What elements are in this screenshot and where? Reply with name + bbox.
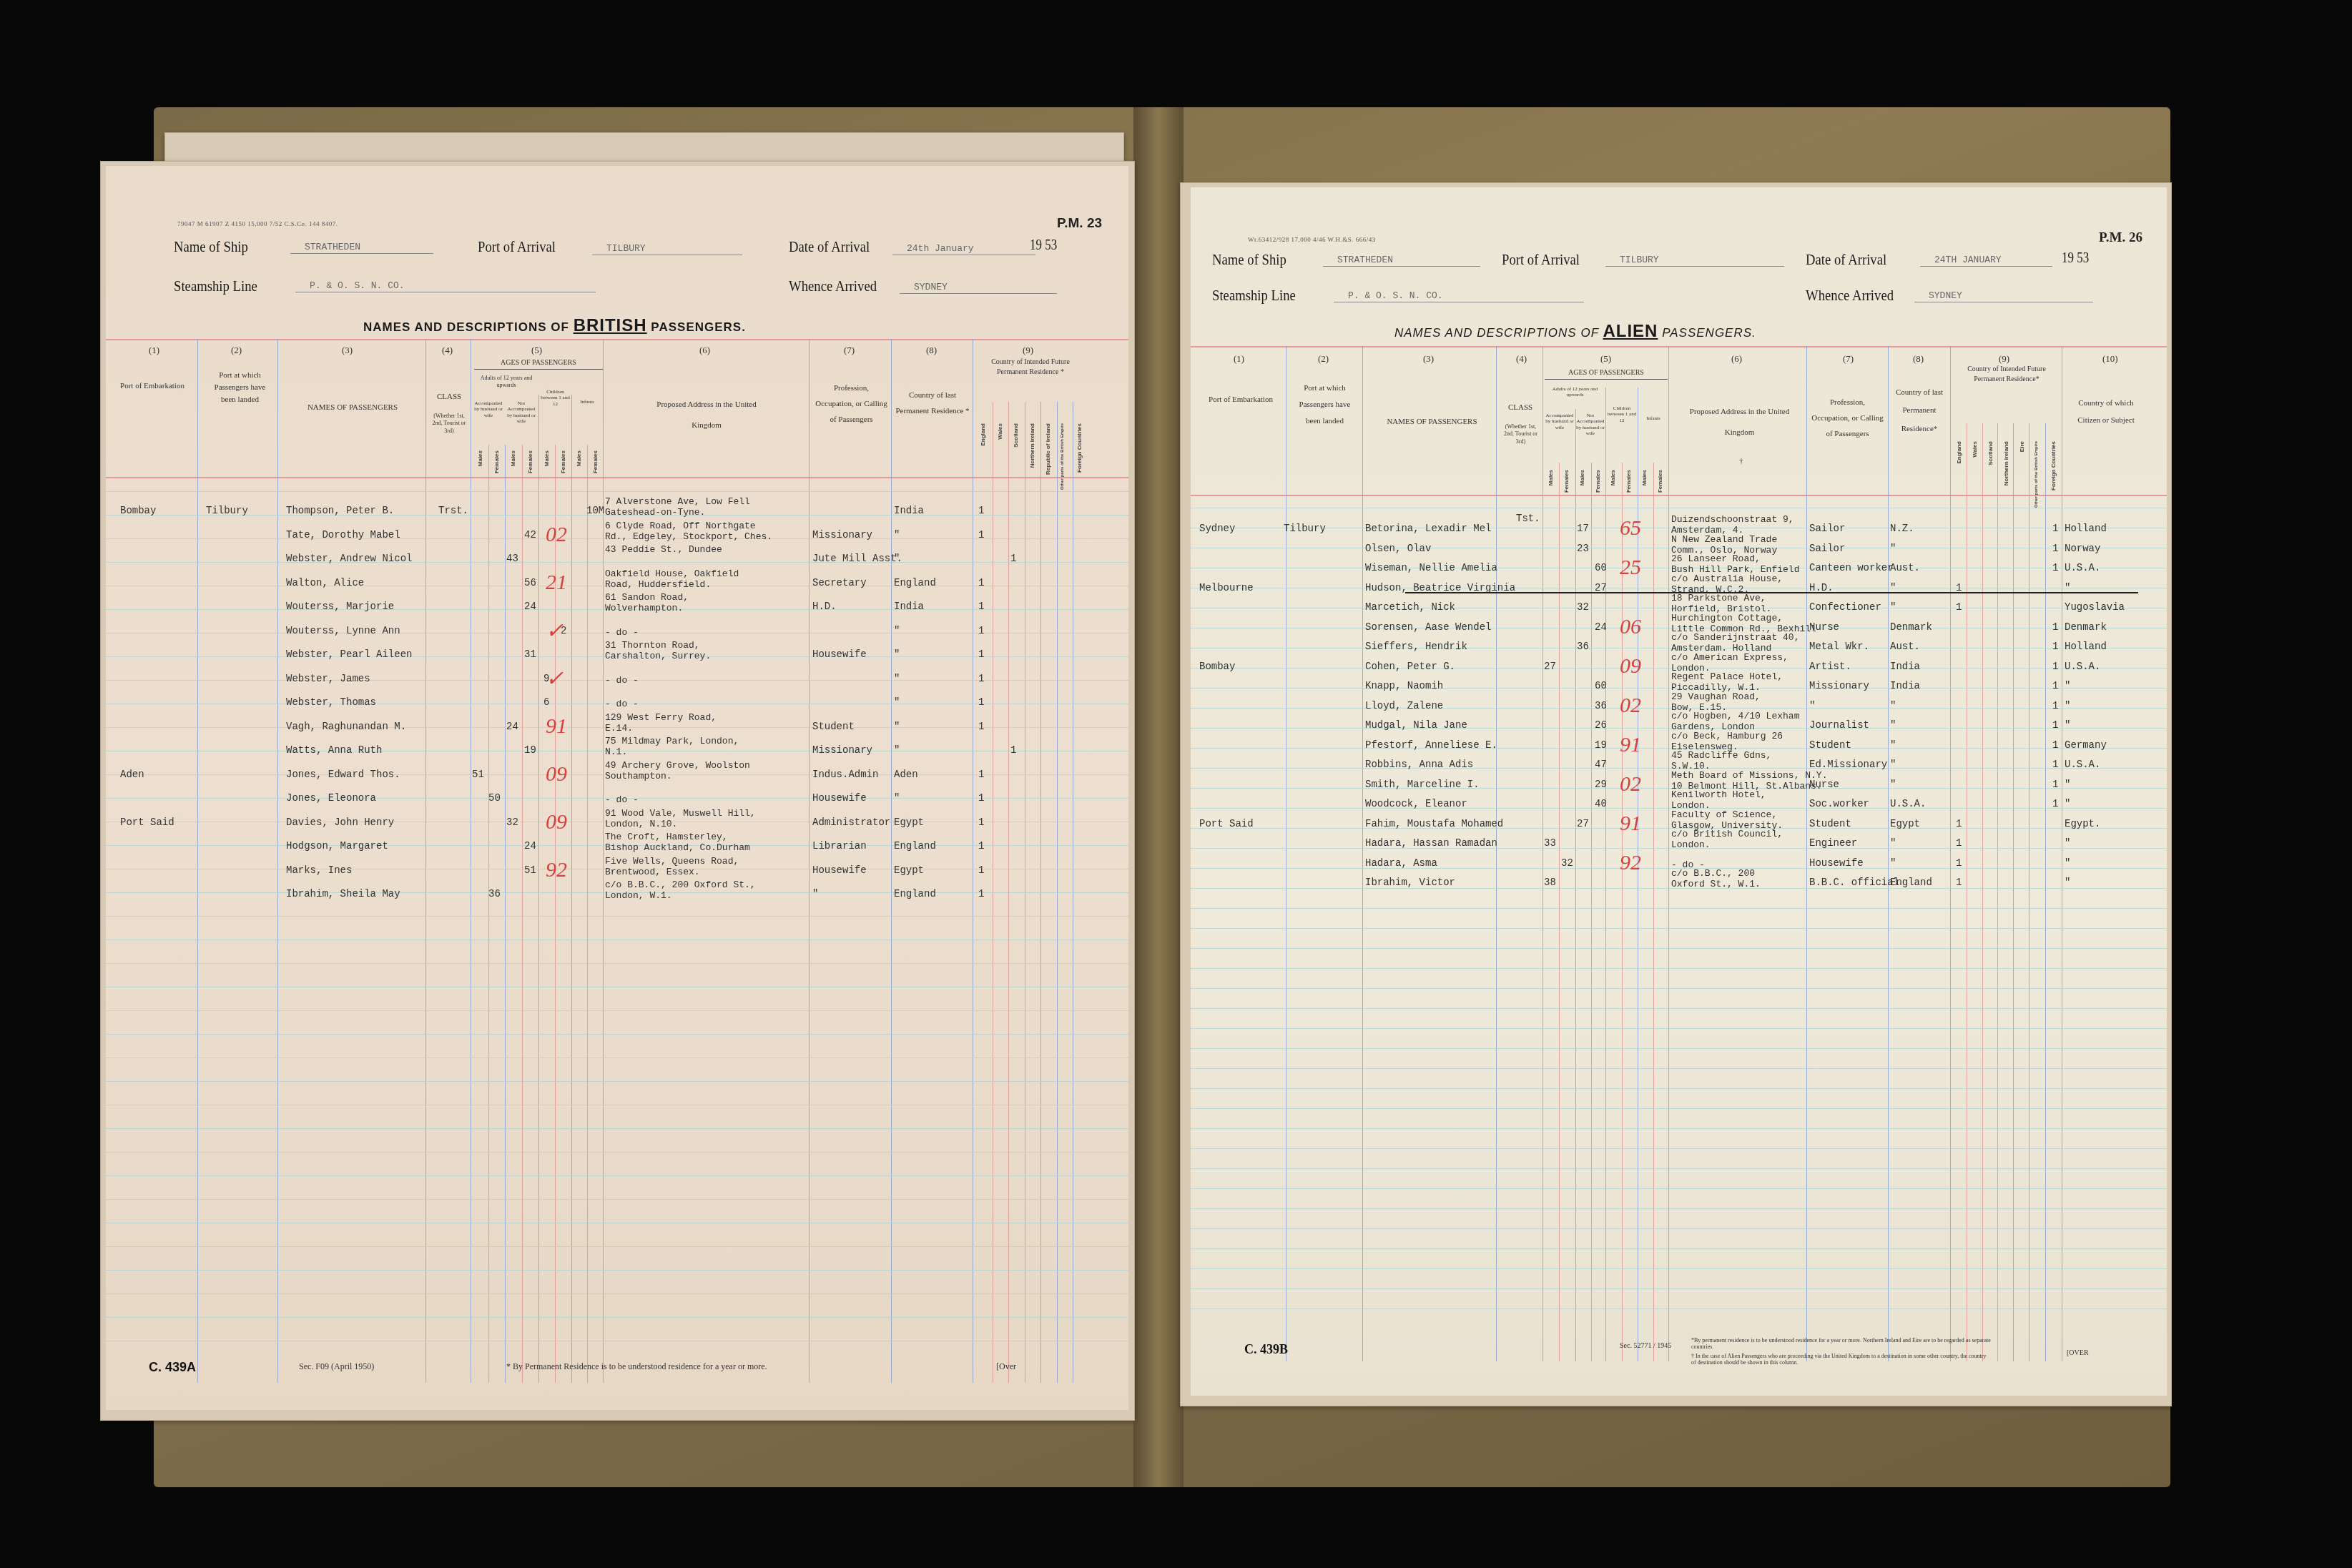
col4-number: (4): [1516, 353, 1527, 365]
age: 27: [1577, 819, 1589, 830]
passenger-row: Ibrahim, Victor38c/o B.B.C., 200Oxford S…: [1191, 877, 2167, 899]
sex-label: Females: [1657, 470, 1663, 493]
occupation: H.D.: [1809, 583, 1834, 594]
sex-label: Females: [1625, 470, 1632, 493]
age: 24: [1595, 622, 1607, 633]
printer-code: 79047 M 61907 Z 4150 15,000 7/52 C.S.Co.…: [177, 220, 338, 227]
ruled-line: [1191, 1028, 2167, 1029]
occupation: Secretary: [812, 578, 867, 589]
future-residence: 1: [1010, 745, 1016, 756]
citizenship: U.S.A.: [2065, 563, 2100, 574]
age: 43: [506, 553, 518, 565]
future-residence: 1: [2052, 681, 2058, 692]
address-line-1: 45 Radcliffe Gdns,: [1671, 751, 1771, 760]
occupation: Student: [1809, 740, 1851, 751]
port-of-embarkation: Port Said: [120, 817, 174, 829]
last-residence: India: [894, 601, 924, 613]
last-residence: ": [894, 793, 900, 804]
age: 6: [543, 697, 549, 709]
future-residence: 1: [978, 649, 984, 661]
address-line-2: London.: [1671, 840, 1711, 849]
ruled-line: [106, 987, 1128, 987]
address-line-1: 29 Vaughan Road,: [1671, 692, 1761, 701]
age: 23: [1577, 543, 1589, 555]
col8-header: Country of last Permanent Residence*: [1890, 384, 1949, 438]
red-annotation: 06: [1620, 615, 1641, 639]
passenger-name: Hadara, Hassan Ramadan: [1365, 838, 1497, 849]
last-residence: U.S.A.: [1890, 799, 1926, 810]
citizenship: ": [2065, 681, 2070, 692]
country-label: Other parts of the British Empire: [2034, 441, 2039, 508]
address-line-1: Kenilworth Hotel,: [1671, 790, 1766, 799]
col5-not-accompanied: Not Accompanied by husband or wife: [505, 400, 538, 425]
whence-arrived: SYDNEY: [1914, 290, 2093, 302]
address-line-2: Rd., Edgeley, Stockport, Ches.: [605, 532, 772, 541]
col7-number: (7): [1843, 353, 1854, 365]
future-residence: 1: [2052, 622, 2058, 633]
age: 10M: [586, 506, 604, 517]
address-line-2: Road, Huddersfield.: [605, 580, 711, 589]
ruled-line: [106, 1105, 1128, 1105]
future-residence: 1: [978, 865, 984, 877]
occupation: Student: [1809, 819, 1851, 830]
citizenship: Egypt.: [2065, 819, 2100, 830]
passenger-name: Smith, Marceline I.: [1365, 779, 1480, 791]
passenger-row: Hadara, Hassan Ramadan33c/o British Coun…: [1191, 838, 2167, 859]
country-label: England: [1956, 441, 1962, 464]
ruled-line: [106, 916, 1128, 917]
date-arrival-label: Date of Arrival: [1806, 250, 1886, 269]
col4-number: (4): [442, 345, 453, 356]
col10-header: Country of which Citizen or Subject: [2067, 395, 2145, 429]
last-residence: Egypt: [1890, 819, 1920, 830]
ruled-line: [1191, 1248, 2167, 1249]
future-residence: 1: [2052, 523, 2058, 535]
age: 42: [524, 530, 536, 541]
ruled-line: [1191, 1068, 2167, 1069]
passenger-name: Pfestorf, Anneliese E.: [1365, 740, 1497, 751]
port-landed: Tilbury: [1284, 523, 1326, 535]
col6-number: (6): [699, 345, 710, 356]
arrival-year: 19 53: [1030, 237, 1057, 254]
age: 56: [524, 578, 536, 589]
red-annotation: 91: [546, 714, 567, 739]
port-of-embarkation: Bombay: [120, 506, 156, 517]
passenger-name: Knapp, Naomih: [1365, 681, 1443, 692]
address-line-2: - do -: [605, 628, 639, 637]
country-label: Republic of Ireland: [1045, 423, 1051, 475]
citizenship: Germany: [2065, 740, 2107, 751]
col5-accompanied: Accompanied by husband or wife: [1544, 413, 1575, 430]
country-label: Foreign Countries: [2050, 441, 2057, 490]
sex-label: Males: [1579, 470, 1585, 485]
address-line-1: 18 Parkstone Ave,: [1671, 593, 1766, 603]
address-line-1: c/o B.B.C., 200 Oxford St.,: [605, 880, 756, 889]
sex-label: Females: [493, 450, 500, 473]
passenger-row: Webster, James9- do -"1✓: [106, 674, 1128, 695]
address-line-1: 91 Wood Vale, Muswell Hill,: [605, 809, 756, 818]
future-residence: 1: [1956, 838, 1962, 849]
ruled-line: [106, 1081, 1128, 1082]
red-annotation: 02: [546, 523, 567, 547]
age: 24: [524, 841, 536, 852]
last-residence: ": [894, 697, 900, 709]
class: Trst.: [438, 506, 468, 517]
ruled-line: [106, 1199, 1128, 1200]
col9-number: (9): [1023, 345, 1033, 356]
red-annotation: 91: [1620, 733, 1641, 757]
address-line-2: N.1.: [605, 747, 627, 756]
occupation: Canteen worker: [1809, 563, 1894, 574]
address-line-1: c/o Sanderijnstraat 40,: [1671, 633, 1799, 642]
age: 32: [506, 817, 518, 829]
occupation: Administrator: [812, 817, 890, 829]
last-residence: Denmark: [1890, 622, 1932, 633]
red-annotation: 02: [1620, 694, 1641, 718]
steamship-line: P. & O. S. N. CO.: [295, 280, 596, 292]
country-label: Northern Ireland: [2003, 441, 2009, 485]
future-residence: 1: [978, 530, 984, 541]
class: Tst.: [1516, 513, 1540, 525]
citizenship: U.S.A.: [2065, 661, 2100, 673]
future-residence: 1: [1956, 858, 1962, 869]
passenger-name: Webster, James: [286, 674, 370, 685]
ruled-line: [1191, 1288, 2167, 1289]
last-residence: England: [894, 578, 936, 589]
red-annotation: 09: [546, 810, 567, 834]
passenger-name: Vagh, Raghunandan M.: [286, 721, 406, 733]
ruled-line: [1191, 1208, 2167, 1209]
passenger-row: Ibrahim, Sheila May36c/o B.B.C., 200 Oxf…: [106, 889, 1128, 910]
header-rule-bottom: [1191, 495, 2167, 496]
citizenship: ": [2065, 877, 2070, 889]
last-residence: ": [1890, 543, 1896, 555]
citizenship: Norway: [2065, 543, 2100, 555]
sex-label: Males: [1641, 470, 1648, 485]
last-residence: ": [1890, 602, 1896, 613]
citizenship: U.S.A.: [2065, 759, 2100, 771]
header-rule-top: [1191, 346, 2167, 347]
country-label: Scotland: [1013, 423, 1019, 448]
future-residence: 1: [2052, 543, 2058, 555]
col5-children: Children between 1 and 12: [1606, 405, 1638, 423]
ruled-line: [1191, 1308, 2167, 1309]
future-residence: 1: [978, 626, 984, 637]
occupation: Nurse: [1809, 779, 1839, 791]
red-annotation: 92: [1620, 851, 1641, 875]
passenger-name: Hadara, Asma: [1365, 858, 1437, 869]
address-line-1: Oakfield House, Oakfield: [605, 569, 739, 578]
passenger-name: Lloyd, Zalene: [1365, 701, 1443, 712]
address-line-1: c/o Beck, Hamburg 26: [1671, 731, 1783, 741]
age: 19: [524, 745, 536, 756]
ruled-line: [106, 1246, 1128, 1247]
address-line-2: Brentwood, Essex.: [605, 867, 700, 877]
address-line-2: E.14.: [605, 724, 633, 733]
future-residence: 1: [2052, 641, 2058, 653]
col5-number: (5): [531, 345, 542, 356]
passenger-name: Wiseman, Nellie Amelia: [1365, 563, 1497, 574]
age: 60: [1595, 681, 1607, 692]
occupation: ": [812, 889, 818, 900]
dagger-mark: †: [1734, 455, 1748, 468]
col4-header: CLASS: [428, 391, 471, 403]
printer-code: Wt.63412/928 17,000 4/46 W.H.&S. 666/43: [1248, 236, 1376, 243]
col9-header: Country of Intended Future Permanent Res…: [1953, 365, 2060, 385]
address-line-2: London, N.10.: [605, 819, 677, 829]
last-residence: England: [894, 841, 936, 852]
occupation: Sailor: [1809, 523, 1845, 535]
citizenship: ": [2065, 838, 2070, 849]
ruled-line: [1191, 1148, 2167, 1149]
last-residence: Aden: [894, 769, 918, 781]
future-residence: 1: [978, 578, 984, 589]
ruled-line: [1191, 968, 2167, 969]
sex-label: Males: [1548, 470, 1554, 485]
last-residence: ": [894, 674, 900, 685]
port-landed: Tilbury: [206, 506, 248, 517]
last-residence: England: [1890, 877, 1932, 889]
sex-label: Females: [592, 450, 599, 473]
address-line-2: Gateshead-on-Tyne.: [605, 508, 705, 517]
port-of-embarkation: Bombay: [1199, 661, 1235, 673]
passenger-name: Wouterss, Marjorie: [286, 601, 394, 613]
occupation: B.B.C. official: [1809, 877, 1899, 889]
page-title: NAMES AND DESCRIPTIONS OF ALIEN PASSENGE…: [1394, 322, 1756, 342]
last-residence: ": [894, 626, 900, 637]
last-residence: ": [1890, 838, 1896, 849]
last-residence: ": [1890, 740, 1896, 751]
col7-header: Profession, Occupation, or Calling of Pa…: [814, 380, 889, 428]
ruled-line: [106, 1034, 1128, 1035]
citizenship: Holland: [2065, 523, 2107, 535]
future-residence: 1: [2052, 799, 2058, 810]
citizenship: ": [2065, 779, 2070, 791]
red-annotation: ✓: [546, 666, 564, 691]
age: 60: [1595, 563, 1607, 574]
port-of-embarkation: Sydney: [1199, 523, 1235, 535]
address-line-1: Duizendschoonstraat 9,: [1671, 515, 1794, 524]
address-line-2: Wolverhampton.: [605, 603, 683, 613]
passenger-name: Cohen, Peter G.: [1365, 661, 1455, 673]
ruled-line: [1191, 1008, 2167, 1009]
last-residence: India: [1890, 681, 1920, 692]
occupation: Missionary: [812, 530, 872, 541]
occupation: Confectioner: [1809, 602, 1881, 613]
header-rule-top: [106, 339, 1128, 340]
future-residence: 1: [978, 889, 984, 900]
ruled-line: [106, 1270, 1128, 1271]
age: 40: [1595, 799, 1607, 810]
address-line-1: Faculty of Science,: [1671, 810, 1777, 819]
steamship-line-label: Steamship Line: [174, 277, 257, 295]
age: 26: [1595, 720, 1607, 731]
citizenship: ": [2065, 858, 2070, 869]
col1-number: (1): [149, 345, 159, 356]
ruled-line: [1191, 1108, 2167, 1109]
last-residence: N.Z.: [1890, 523, 1914, 535]
sex-label: Males: [1610, 470, 1616, 485]
address-line-1: The Croft, Hamsterley,: [605, 832, 728, 842]
age: 33: [1544, 838, 1556, 849]
passenger-type: ALIEN: [1603, 322, 1658, 341]
occupation: Jute Mill Asst.: [812, 553, 902, 565]
passenger-name: Ibrahim, Sheila May: [286, 889, 400, 900]
last-residence: ": [1890, 779, 1896, 791]
steamship-line-label: Steamship Line: [1212, 286, 1296, 305]
occupation: Nurse: [1809, 622, 1839, 633]
col5-number: (5): [1600, 353, 1611, 365]
ship-name: STRATHEDEN: [290, 242, 433, 254]
age: 32: [1577, 602, 1589, 613]
future-residence: 1: [1010, 553, 1016, 565]
over-marker: [OVER: [2067, 1349, 2089, 1357]
age: 24: [524, 601, 536, 613]
ruled-line: [106, 1317, 1128, 1318]
col2-header: Port at which Passengers have been lande…: [206, 370, 274, 406]
col7-header: Profession, Occupation, or Calling of Pa…: [1810, 395, 1885, 442]
date-arrival-label: Date of Arrival: [789, 237, 870, 256]
last-residence: ": [1890, 701, 1896, 712]
future-residence: 1: [978, 721, 984, 733]
page-title: NAMES AND DESCRIPTIONS OF BRITISH PASSEN…: [363, 316, 746, 336]
future-residence: 1: [1956, 877, 1962, 889]
port-of-embarkation: Port Said: [1199, 819, 1254, 830]
future-residence: 1: [2052, 720, 2058, 731]
future-residence: 1: [978, 841, 984, 852]
col9-header: Country of Intended Future Permanent Res…: [977, 358, 1084, 378]
sex-label: Males: [510, 450, 516, 466]
future-residence: 1: [2052, 701, 2058, 712]
future-residence: 1: [1956, 819, 1962, 830]
col5-adults: Adults of 12 years and upwards: [474, 375, 538, 388]
citizenship: Holland: [2065, 641, 2107, 653]
col2-header: Port at which Passengers have been lande…: [1291, 380, 1359, 430]
col5-adults: Adults of 12 years and upwards: [1545, 386, 1605, 398]
passenger-name: Sieffers, Hendrik: [1365, 641, 1467, 653]
port-arrival-label: Port of Arrival: [1502, 250, 1580, 269]
red-annotation: 91: [1620, 812, 1641, 836]
address-line-1: 26 Lanseer Road,: [1671, 554, 1761, 563]
red-annotation: 02: [1620, 772, 1641, 797]
occupation: Journalist: [1809, 720, 1869, 731]
form-code: C. 439B: [1244, 1342, 1288, 1357]
ruled-line: [1191, 1048, 2167, 1049]
address-line-1: c/o American Express,: [1671, 653, 1788, 662]
last-residence: England: [894, 889, 936, 900]
address-line-1: 61 Sandon Road,: [605, 593, 689, 602]
occupation: Metal Wkr.: [1809, 641, 1869, 653]
future-residence: 1: [978, 506, 984, 517]
citizenship: ": [2065, 720, 2070, 731]
address-line-2: Oxford St., W.1.: [1671, 879, 1761, 889]
age: 17: [1577, 523, 1589, 535]
country-label: Wales: [1972, 441, 1978, 458]
col2-number: (2): [1318, 353, 1329, 365]
footnote-1: *By permanent residence is to be underst…: [1691, 1337, 1992, 1350]
address-line-1: 75 Mildmay Park, London,: [605, 736, 739, 746]
passenger-name: Tate, Dorothy Mabel: [286, 530, 400, 541]
col1-header: Port of Embarkation: [113, 380, 192, 393]
address-line-2: - do -: [605, 795, 639, 804]
citizenship: ": [2065, 701, 2070, 712]
future-residence: 1: [978, 601, 984, 613]
port-of-arrival: TILBURY: [592, 243, 742, 255]
occupation: Housewife: [812, 649, 867, 661]
age: 36: [488, 889, 501, 900]
sex-label: Females: [1595, 470, 1601, 493]
passenger-name: Mudgal, Nila Jane: [1365, 720, 1467, 731]
future-residence: 1: [978, 697, 984, 709]
col10-number: (10): [2102, 353, 2118, 365]
last-residence: Aust.: [1890, 641, 1920, 653]
ruled-line: [1191, 1128, 2167, 1129]
red-annotation: 25: [1620, 556, 1641, 580]
passenger-name: Woodcock, Eleanor: [1365, 799, 1467, 810]
passenger-name: Wouterss, Lynne Ann: [286, 626, 400, 637]
red-annotation: 09: [546, 762, 567, 787]
passenger-name: Marks, Ines: [286, 865, 352, 877]
form-code: C. 439A: [149, 1360, 196, 1375]
sex-label: Males: [543, 450, 550, 466]
future-residence: 1: [2052, 563, 2058, 574]
address-line-2: Southampton.: [605, 771, 672, 781]
col5-not-accompanied: Not Accompanied by husband or wife: [1575, 413, 1605, 437]
age: 50: [488, 793, 501, 804]
age: 36: [1577, 641, 1589, 653]
passenger-name: Marcetich, Nick: [1365, 602, 1455, 613]
ruled-line: [1191, 1168, 2167, 1169]
col4-subheader: (Whether 1st, 2nd, Tourist or 3rd): [1501, 423, 1540, 445]
address-line-1: 31 Thornton Road,: [605, 641, 700, 650]
form-number: P.M. 26: [2099, 230, 2142, 246]
ruled-line: [1191, 988, 2167, 989]
occupation: Ed.Missionary: [1809, 759, 1887, 771]
age: 47: [1595, 759, 1607, 771]
passenger-name: Sorensen, Aase Wendel: [1365, 622, 1491, 633]
arrival-year: 19 53: [2062, 250, 2089, 267]
address-line-1: Meth Board of Missions, N.Y.: [1671, 771, 1827, 780]
ruled-line: [1191, 1268, 2167, 1269]
last-residence: ": [1890, 583, 1896, 594]
passenger-name: Watts, Anna Ruth: [286, 745, 382, 756]
last-residence: ": [1890, 720, 1896, 731]
passenger-name: Robbins, Anna Adis: [1365, 759, 1473, 771]
occupation: Soc.worker: [1809, 799, 1869, 810]
passenger-name: Davies, John Henry: [286, 817, 394, 829]
ruled-line: [1191, 508, 2167, 508]
occupation: Engineer: [1809, 838, 1857, 849]
date-of-arrival: 24th January: [892, 243, 1035, 255]
occupation: Librarian: [812, 841, 867, 852]
col2-number: (2): [231, 345, 242, 356]
future-residence: 1: [2052, 740, 2058, 751]
col6-header: Proposed Address in the United Kingdom: [649, 395, 764, 435]
future-residence: 1: [978, 674, 984, 685]
citizenship: Denmark: [2065, 622, 2107, 633]
passenger-name: Jones, Edward Thos.: [286, 769, 400, 781]
col6-header: Proposed Address in the United Kingdom: [1684, 402, 1795, 443]
passenger-row: AdenJones, Edward Thos.5149 Archery Grov…: [106, 769, 1128, 791]
col6-number: (6): [1731, 353, 1742, 365]
sex-label: Females: [560, 450, 566, 473]
whence-arrived-label: Whence Arrived: [789, 277, 877, 295]
future-residence: 1: [2052, 759, 2058, 771]
col3-header: NAMES OF PASSENGERS: [1369, 416, 1495, 428]
age: 32: [1561, 858, 1573, 869]
ruled-line: [106, 940, 1128, 940]
address-line-1: Five Wells, Queens Road,: [605, 857, 739, 866]
